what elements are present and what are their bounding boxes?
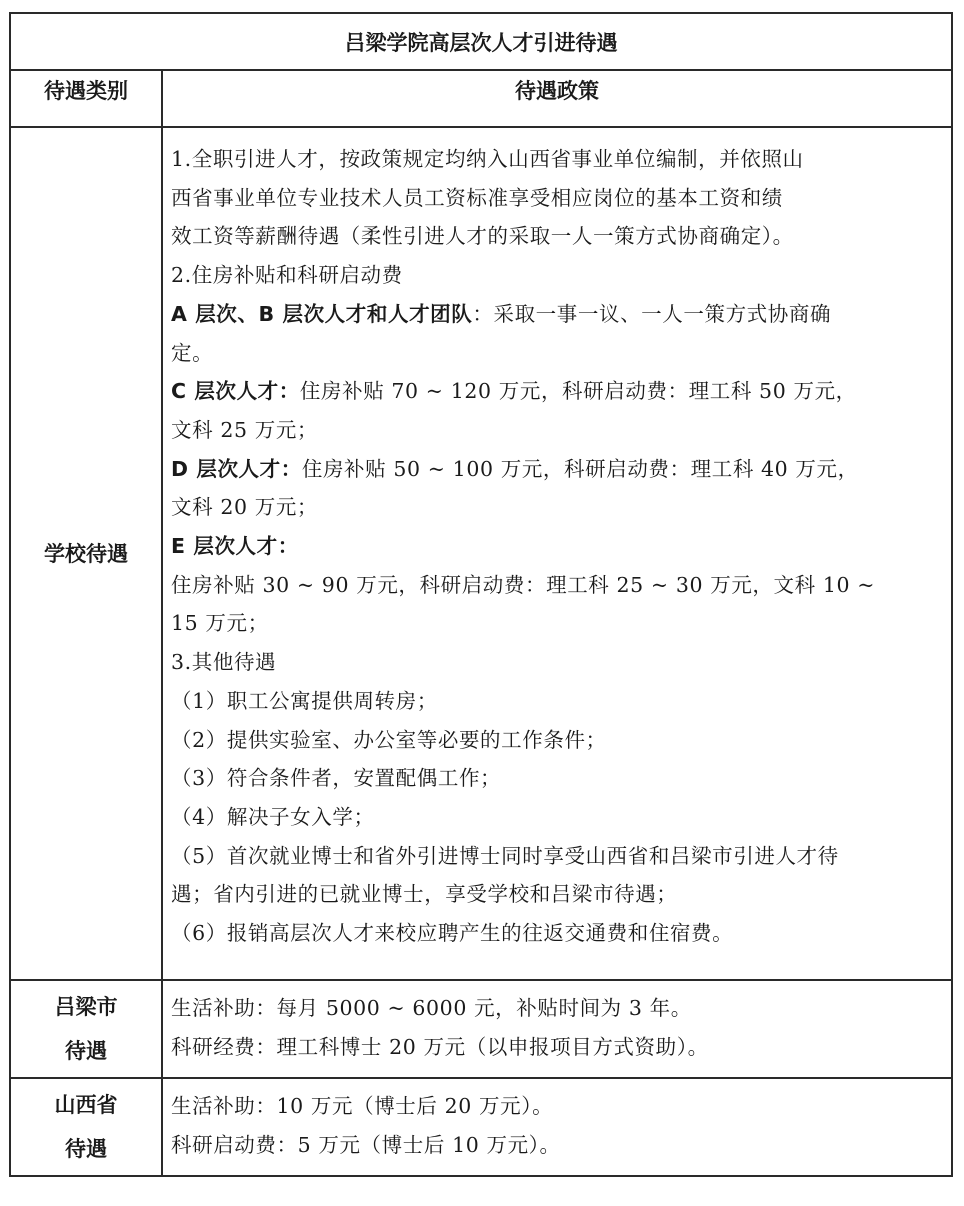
policy-line: E 层次人才： — [171, 527, 943, 566]
policy-line-text: （3）符合条件者，安置配偶工作； — [171, 766, 501, 790]
policy-line-bold-label: A 层次、B 层次人才和人才团队 — [171, 302, 472, 326]
header-policy-label: 待遇政策 — [171, 73, 943, 109]
policy-school: 1.全职引进人才，按政策规定均纳入山西省事业单位编制，并依照山西省事业单位专业技… — [163, 128, 951, 979]
policy-line: 3.其他待遇 — [171, 643, 943, 682]
policy-line: 文科 25 万元； — [171, 411, 943, 450]
policy-line: A 层次、B 层次人才和人才团队：采取一事一议、一人一策方式协商确 — [171, 295, 943, 334]
policy-line: 科研启动费：5 万元（博士后 10 万元）。 — [171, 1126, 943, 1165]
header-row: 待遇类别 待遇政策 — [11, 69, 951, 126]
table-row-lvliang-city: 吕梁市待遇 生活补助：每月 5000 ~ 6000 元，补贴时间为 3 年。 科… — [11, 979, 951, 1077]
policy-line-text: （6）报销高层次人才来校应聘产生的往返交通费和住宿费。 — [171, 921, 733, 945]
table-title: 吕梁学院高层次人才引进待遇 — [11, 14, 951, 69]
category-line: 待遇 — [65, 1039, 107, 1063]
policy-line-bold-label: C 层次人才： — [171, 379, 300, 403]
policy-line-text: （4）解决子女入学； — [171, 805, 375, 829]
policy-line-text: 15 万元； — [171, 611, 269, 635]
policy-line-text: （5）首次就业博士和省外引进博士同时享受山西省和吕梁市引进人才待 — [171, 844, 839, 868]
policy-line: 遇；省内引进的已就业博士，享受学校和吕梁市待遇； — [171, 875, 943, 914]
talent-benefits-table: 吕梁学院高层次人才引进待遇 待遇类别 待遇政策 学校待遇 1.全职引进人才，按政… — [9, 12, 953, 1177]
category-lvliang-city: 吕梁市待遇 — [11, 981, 163, 1077]
policy-line: 科研经费：理工科博士 20 万元（以申报项目方式资助）。 — [171, 1028, 943, 1067]
category-line: 山西省 — [55, 1093, 118, 1117]
policy-line-text: 遇；省内引进的已就业博士，享受学校和吕梁市待遇； — [171, 882, 677, 906]
header-policy: 待遇政策 — [163, 71, 951, 126]
policy-line-bold-label: E 层次人才： — [171, 534, 299, 558]
policy-line: 1.全职引进人才，按政策规定均纳入山西省事业单位编制，并依照山 — [171, 140, 943, 179]
category-shanxi-province: 山西省待遇 — [11, 1079, 163, 1175]
policy-line-text: （1）职工公寓提供周转房； — [171, 689, 438, 713]
policy-line: 西省事业单位专业技术人员工资标准享受相应岗位的基本工资和绩 — [171, 179, 943, 218]
policy-line-text: ：采取一事一议、一人一策方式协商确 — [472, 302, 831, 326]
policy-line-bold-label: D 层次人才： — [171, 457, 302, 481]
policy-line: （5）首次就业博士和省外引进博士同时享受山西省和吕梁市引进人才待 — [171, 837, 943, 876]
policy-line-text: 住房补贴 70 ~ 120 万元，科研启动费：理工科 50 万元， — [300, 379, 857, 403]
policy-line-text: 住房补贴 50 ~ 100 万元，科研启动费：理工科 40 万元， — [302, 457, 859, 481]
policy-line: （2）提供实验室、办公室等必要的工作条件； — [171, 721, 943, 760]
policy-line: 生活补助：10 万元（博士后 20 万元）。 — [171, 1087, 943, 1126]
policy-line: C 层次人才：住房补贴 70 ~ 120 万元，科研启动费：理工科 50 万元， — [171, 372, 943, 411]
category-line: 吕梁市 — [55, 995, 118, 1019]
policy-line-text: 定。 — [171, 341, 213, 365]
policy-line-text: 西省事业单位专业技术人员工资标准享受相应岗位的基本工资和绩 — [171, 186, 783, 210]
policy-lvliang-city: 生活补助：每月 5000 ~ 6000 元，补贴时间为 3 年。 科研经费：理工… — [163, 981, 951, 1077]
policy-line: 2.住房补贴和科研启动费 — [171, 256, 943, 295]
policy-line: 生活补助：每月 5000 ~ 6000 元，补贴时间为 3 年。 — [171, 989, 943, 1028]
policy-line-text: 3.其他待遇 — [171, 650, 276, 674]
policy-line-text: 1.全职引进人才，按政策规定均纳入山西省事业单位编制，并依照山 — [171, 147, 804, 171]
policy-shanxi-province: 生活补助：10 万元（博士后 20 万元）。 科研启动费：5 万元（博士后 10… — [163, 1079, 951, 1175]
policy-line: （6）报销高层次人才来校应聘产生的往返交通费和住宿费。 — [171, 914, 943, 953]
policy-line-text: （2）提供实验室、办公室等必要的工作条件； — [171, 728, 607, 752]
category-line: 待遇 — [65, 1137, 107, 1161]
policy-line: 效工资等薪酬待遇（柔性引进人才的采取一人一策方式协商确定）。 — [171, 217, 943, 256]
title-row: 吕梁学院高层次人才引进待遇 — [11, 14, 951, 69]
header-category-label: 待遇类别 — [44, 73, 128, 109]
policy-line-text: 效工资等薪酬待遇（柔性引进人才的采取一人一策方式协商确定）。 — [171, 224, 794, 248]
policy-line-text: 文科 25 万元； — [171, 418, 318, 442]
policy-line: 文科 20 万元； — [171, 488, 943, 527]
policy-line: （3）符合条件者，安置配偶工作； — [171, 759, 943, 798]
policy-line: D 层次人才：住房补贴 50 ~ 100 万元，科研启动费：理工科 40 万元， — [171, 450, 943, 489]
header-category: 待遇类别 — [11, 71, 163, 126]
policy-line: 住房补贴 30 ~ 90 万元，科研启动费：理工科 25 ~ 30 万元，文科 … — [171, 566, 943, 605]
policy-line-text: 2.住房补贴和科研启动费 — [171, 263, 403, 287]
table-row-shanxi-province: 山西省待遇 生活补助：10 万元（博士后 20 万元）。 科研启动费：5 万元（… — [11, 1077, 951, 1175]
policy-line: 15 万元； — [171, 604, 943, 643]
policy-line: （1）职工公寓提供周转房； — [171, 682, 943, 721]
category-school: 学校待遇 — [11, 128, 163, 979]
policy-line: 定。 — [171, 334, 943, 373]
policy-line-text: 住房补贴 30 ~ 90 万元，科研启动费：理工科 25 ~ 30 万元，文科 … — [171, 573, 875, 597]
table-row-school: 学校待遇 1.全职引进人才，按政策规定均纳入山西省事业单位编制，并依照山西省事业… — [11, 126, 951, 979]
policy-line: （4）解决子女入学； — [171, 798, 943, 837]
policy-line-text: 文科 20 万元； — [171, 495, 318, 519]
